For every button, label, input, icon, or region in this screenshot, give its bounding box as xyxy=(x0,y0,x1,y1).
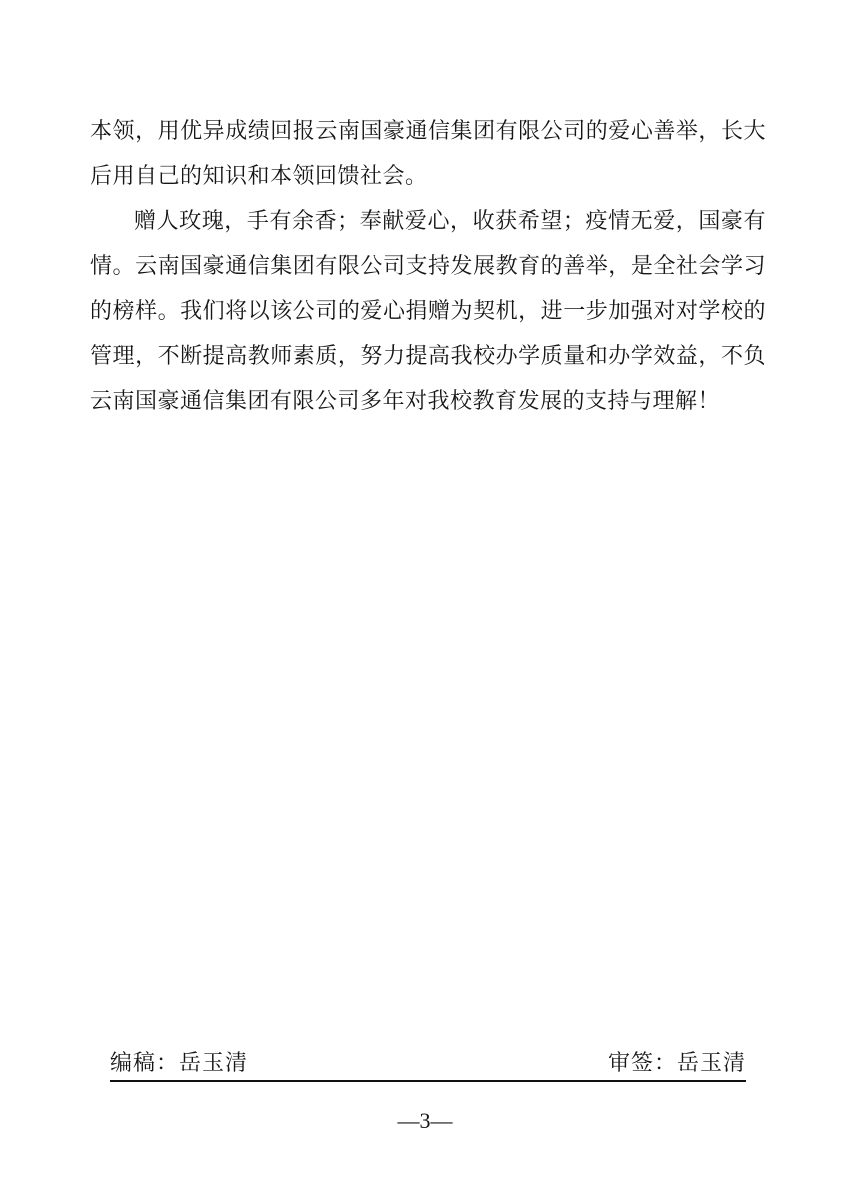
editor-field: 编稿：岳玉清 xyxy=(110,1048,248,1078)
paragraph: 赠人玫瑰，手有余香；奉献爱心，收获希望；疫情无爱，国豪有情。云南国豪通信集团有限… xyxy=(90,198,766,423)
paragraph-continuation: 本领，用优异成绩回报云南国豪通信集团有限公司的爱心善举，长大后用自己的知识和本领… xyxy=(90,108,766,198)
document-page: 本领，用优异成绩回报云南国豪通信集团有限公司的爱心善举，长大后用自己的知识和本领… xyxy=(0,0,850,1202)
signer-label: 审签： xyxy=(608,1050,677,1075)
editor-label: 编稿： xyxy=(110,1050,179,1075)
document-body: 本领，用优异成绩回报云南国豪通信集团有限公司的爱心善举，长大后用自己的知识和本领… xyxy=(90,108,766,423)
page-number: —3— xyxy=(0,1106,850,1136)
editor-name: 岳玉清 xyxy=(179,1050,248,1075)
signer-field: 审签：岳玉清 xyxy=(608,1048,746,1078)
signature-footer-row: 编稿：岳玉清 审签：岳玉清 xyxy=(110,1048,746,1082)
signer-name: 岳玉清 xyxy=(677,1050,746,1075)
